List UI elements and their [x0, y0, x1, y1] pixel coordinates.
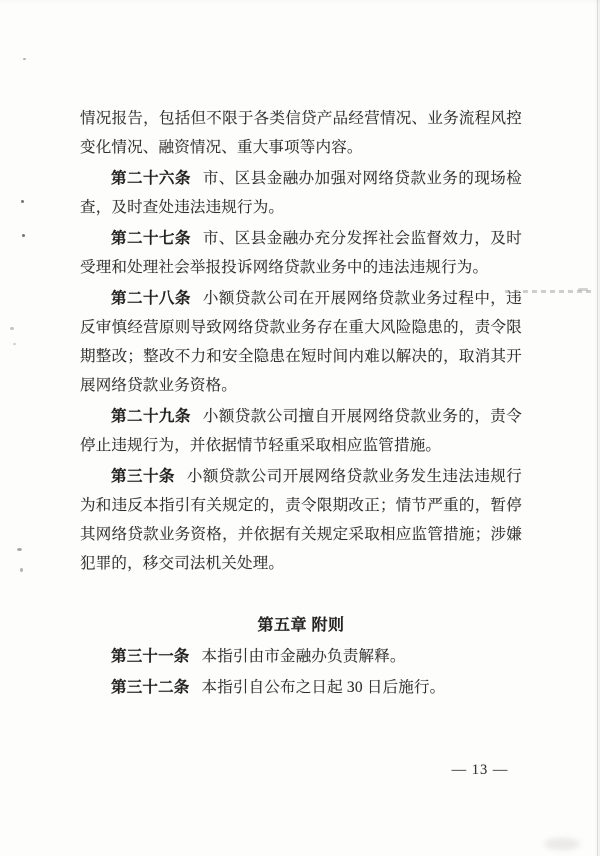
scanned-document-page: 情况报告，包括但不限于各类信贷产品经营情况、业务流程风控变化情况、融资情况、重大…	[0, 0, 600, 856]
article-paragraph: 第三十条小额贷款公司开展网络贷款业务发生违法违规行为和违反本指引有关规定的，责令…	[80, 462, 522, 578]
scan-speck	[17, 548, 22, 551]
article-paragraph: 第二十九条小额贷款公司擅自开展网络贷款业务的，责令停止违规行为，并依据情节轻重采…	[80, 402, 522, 460]
article-paragraph: 第二十八条小额贷款公司在开展网络贷款业务过程中，违反审慎经营原则导致网络贷款业务…	[80, 284, 522, 400]
scan-smudge	[544, 838, 580, 850]
article-paragraph: 第三十二条本指引自公布之日起 30 日后施行。	[80, 673, 522, 702]
article-number: 第二十九条	[111, 408, 203, 425]
article-number: 第二十七条	[111, 230, 203, 247]
article-number: 第三十二条	[111, 679, 202, 696]
scan-speck	[578, 288, 588, 291]
scan-speck	[22, 234, 25, 237]
article-paragraph: 第二十六条市、区县金融办加强对网络贷款业务的现场检查，及时查处违法违规行为。	[80, 164, 522, 222]
article-number: 第二十八条	[111, 290, 203, 307]
scan-speck	[23, 58, 26, 60]
article-number: 第二十六条	[111, 170, 203, 187]
article-text: 本指引由市金融办负责解释。	[202, 648, 406, 665]
document-body: 情况报告，包括但不限于各类信贷产品经营情况、业务流程风控变化情况、融资情况、重大…	[80, 104, 522, 702]
article-number: 第三十条	[111, 468, 187, 485]
article-paragraph: 第三十一条本指引由市金融办负责解释。	[80, 642, 522, 671]
article-paragraph: 第二十七条市、区县金融办充分发挥社会监督效力，及时受理和处理社会举报投诉网络贷款…	[80, 224, 522, 282]
scan-speck	[10, 327, 14, 330]
article-number: 第三十一条	[111, 648, 202, 665]
scan-edge-line	[597, 0, 598, 856]
article-text: 本指引自公布之日起 30 日后施行。	[202, 679, 446, 696]
page-number: — 13 —	[438, 762, 522, 779]
continuation-paragraph: 情况报告，包括但不限于各类信贷产品经营情况、业务流程风控变化情况、融资情况、重大…	[80, 104, 522, 162]
scan-speck	[13, 343, 16, 345]
scan-speck	[21, 200, 24, 203]
chapter-heading: 第五章 附则	[80, 611, 522, 640]
scan-speck	[20, 568, 23, 572]
